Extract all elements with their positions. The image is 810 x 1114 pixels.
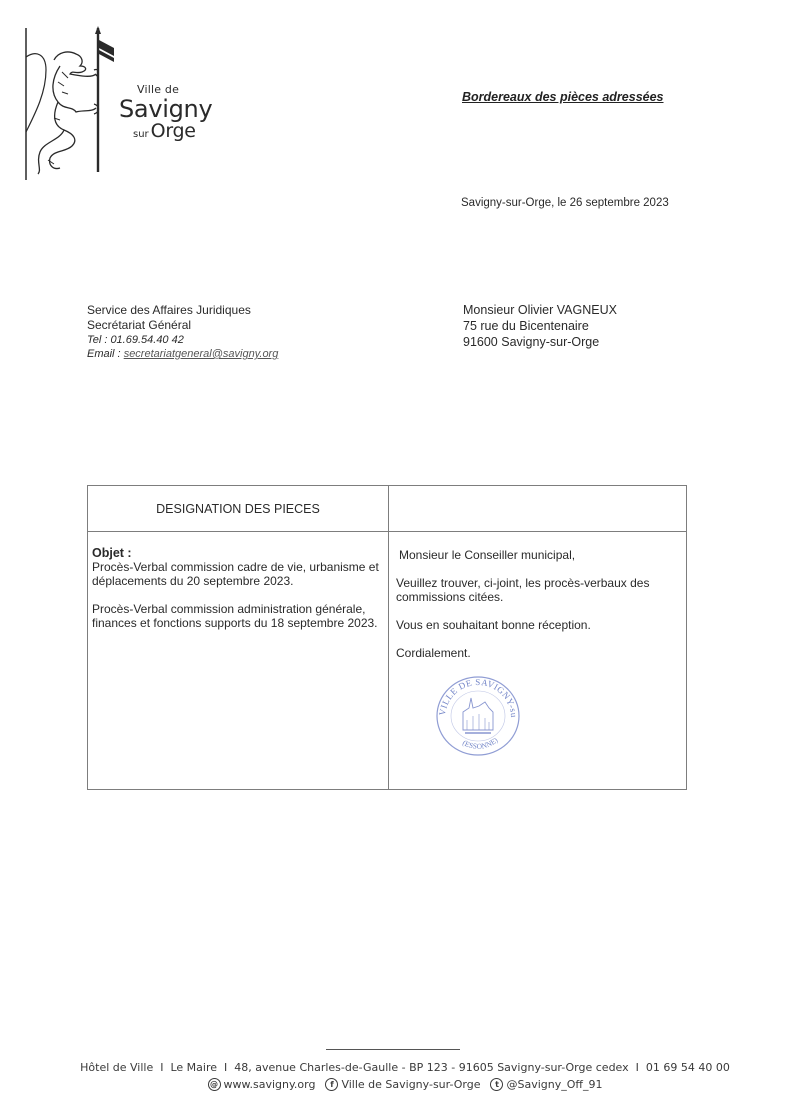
footer-twitter-text: @Savigny_Off_91 [506,1078,602,1091]
place-and-date: Savigny-sur-Orge, le 26 septembre 2023 [461,197,669,209]
message-cell: Monsieur le Conseiller municipal, Veuill… [396,548,686,674]
footer-address: Hôtel de Ville I Le Maire I 48, avenue C… [0,1061,810,1074]
table-header-designation: DESIGNATION DES PIECES [88,502,388,516]
footer-facebook-text: Ville de Savigny-sur-Orge [341,1078,480,1091]
logo-sur: sur [133,130,149,140]
web-icon: @ [208,1078,221,1091]
footer-facebook[interactable]: f Ville de Savigny-sur-Orge [325,1078,480,1091]
footer-links: @ www.savigny.org f Ville de Savigny-sur… [0,1078,810,1091]
sender-email-line: Email : secretariatgeneral@savigny.org [87,347,278,361]
pieces-table: DESIGNATION DES PIECES Objet : Procès-Ve… [87,485,687,790]
logo-orge: Orge [151,122,196,141]
city-logo: Ville de Savigny sur Orge [24,22,204,182]
official-stamp: VILLE DE SAVIGNY-sur-ORGE (ESSONNE) [433,672,523,758]
logo-ville-de: Ville de [137,84,212,95]
recipient-city: 91600 Savigny-sur-Orge [463,334,617,350]
piece-item: Procès-Verbal commission administration … [92,602,382,630]
message-wish: Vous en souhaitant bonne réception. [396,618,686,632]
sender-email-label: Email : [87,348,124,360]
document-title: Bordereaux des pièces adressées [462,90,664,104]
footer-website[interactable]: @ www.savigny.org [208,1078,316,1091]
sender-block: Service des Affaires Juridiques Secrétar… [87,303,278,361]
table-header-divider [88,531,686,532]
logo-wordmark: Ville de Savigny sur Orge [119,84,212,141]
sender-service: Service des Affaires Juridiques [87,303,278,318]
message-body: Veuillez trouver, ci-joint, les procès-v… [396,576,686,604]
facebook-icon: f [325,1078,338,1091]
logo-savigny: Savigny [119,97,212,121]
lion-emblem-icon [24,22,114,182]
recipient-block: Monsieur Olivier VAGNEUX 75 rue du Bicen… [463,302,617,350]
sender-email-link[interactable]: secretariatgeneral@savigny.org [124,348,279,360]
footer-website-text: www.savigny.org [224,1078,316,1091]
message-greeting: Monsieur le Conseiller municipal, [399,548,686,562]
message-closing: Cordialement. [396,646,686,660]
svg-text:(ESSONNE): (ESSONNE) [461,735,500,751]
sender-department: Secrétariat Général [87,318,278,333]
twitter-icon: t [490,1078,503,1091]
sender-phone: Tel : 01.69.54.40 42 [87,333,278,347]
objet-label: Objet : [92,546,382,560]
footer-twitter[interactable]: t @Savigny_Off_91 [490,1078,602,1091]
designation-cell: Objet : Procès-Verbal commission cadre d… [92,546,382,644]
svg-text:VILLE DE SAVIGNY-sur-ORGE: VILLE DE SAVIGNY-sur-ORGE [433,672,519,718]
footer-divider [326,1049,460,1050]
piece-item: Procès-Verbal commission cadre de vie, u… [92,560,382,588]
recipient-name: Monsieur Olivier VAGNEUX [463,302,617,318]
recipient-street: 75 rue du Bicentenaire [463,318,617,334]
city-seal-icon: VILLE DE SAVIGNY-sur-ORGE (ESSONNE) [433,672,523,758]
